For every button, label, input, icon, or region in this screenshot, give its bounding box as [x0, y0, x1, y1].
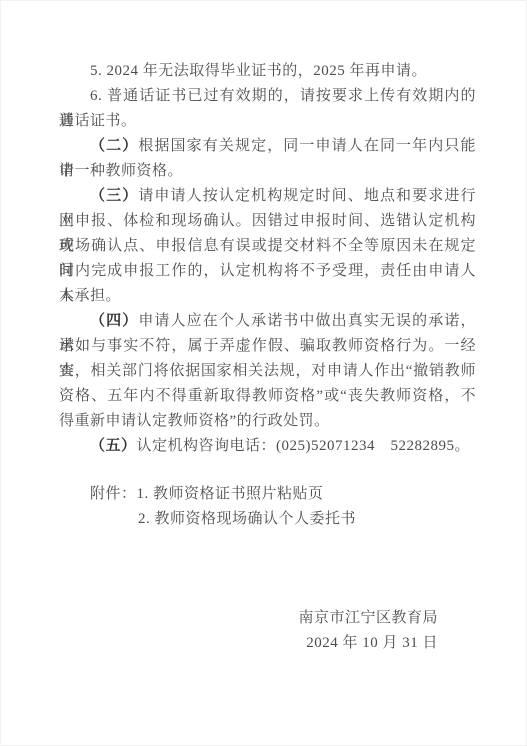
body-line: 间内完成申报工作的，认定机构将不予受理，责任由申请人本 — [59, 259, 476, 284]
body-line: 5. 2024 年无法取得毕业证书的，2025 年再申请。 — [59, 59, 476, 84]
attachment-item-text: 2. 教师资格现场确认个人委托书 — [138, 511, 356, 527]
body-line: （三）请申请人按认定机构规定时间、地点和要求进行网 — [59, 184, 476, 209]
document-page: 5. 2024 年无法取得毕业证书的，2025 年再申请。6. 普通话证书已过有… — [0, 0, 527, 746]
body-line: 实，相关部门将依据国家相关法规，对申请人作出“撤销教师 — [59, 359, 476, 384]
paragraph-number-label: （二） — [90, 138, 138, 154]
body-line-text: 人承担。 — [59, 288, 121, 304]
body-line-text: 通话证书。 — [59, 113, 137, 129]
body-line-text: 实，相关部门将依据国家相关法规，对申请人作出“撤销教师 — [59, 363, 476, 379]
attachment-label: 附件： — [90, 486, 137, 502]
attachment-line: 附件：1. 教师资格证书照片粘贴页 — [90, 482, 476, 507]
signature-block: 南京市江宁区教育局 2024 年 10 月 31 日 — [59, 606, 476, 656]
body-line: 请一种教师资格。 — [59, 159, 476, 184]
document-content: 5. 2024 年无法取得毕业证书的，2025 年再申请。6. 普通话证书已过有… — [59, 59, 476, 656]
body-line-text: 得重新申请认定教师资格”的行政处罚。 — [59, 413, 330, 429]
paragraph-number-label: （四） — [90, 313, 138, 329]
body-line: 6. 普通话证书已过有效期的，请按要求上传有效期内的普 — [59, 84, 476, 109]
body-line-text: 认定机构咨询电话：(025)52071234 52282895。 — [137, 438, 471, 454]
body-line: 资格、五年内不得重新取得教师资格”或“丧失教师资格，不 — [59, 384, 476, 409]
body-line: 得重新申请认定教师资格”的行政处罚。 — [59, 409, 476, 434]
notice-body: 5. 2024 年无法取得毕业证书的，2025 年再申请。6. 普通话证书已过有… — [59, 59, 476, 459]
body-line-text: 5. 2024 年无法取得毕业证书的，2025 年再申请。 — [90, 63, 427, 79]
body-line: （五）认定机构咨询电话：(025)52071234 52282895。 — [59, 434, 476, 459]
body-line-text: 资格、五年内不得重新取得教师资格”或“丧失教师资格，不 — [59, 388, 476, 404]
body-line: 诺如与事实不符，属于弄虚作假、骗取教师资格行为。一经查 — [59, 334, 476, 359]
body-line: 通话证书。 — [59, 109, 476, 134]
body-line-text: 请一种教师资格。 — [59, 163, 183, 179]
body-line: 上申报、体检和现场确认。因错过申报时间、选错认定机构或 — [59, 209, 476, 234]
body-line: （二）根据国家有关规定，同一申请人在同一年内只能申 — [59, 134, 476, 159]
issue-date: 2024 年 10 月 31 日 — [59, 631, 438, 656]
issuer-name: 南京市江宁区教育局 — [59, 606, 438, 631]
attachment-line: 2. 教师资格现场确认个人委托书 — [90, 507, 476, 532]
attachment-list: 附件：1. 教师资格证书照片粘贴页2. 教师资格现场确认个人委托书 — [59, 482, 476, 532]
paragraph-number-label: （三） — [90, 188, 138, 204]
attachment-item-text: 1. 教师资格证书照片粘贴页 — [137, 486, 324, 502]
body-line: 人承担。 — [59, 284, 476, 309]
paragraph-number-label: （五） — [90, 438, 137, 454]
body-line: 现场确认点、申报信息有误或提交材料不全等原因未在规定时 — [59, 234, 476, 259]
body-line: （四）申请人应在个人承诺书中做出真实无误的承诺，承 — [59, 309, 476, 334]
